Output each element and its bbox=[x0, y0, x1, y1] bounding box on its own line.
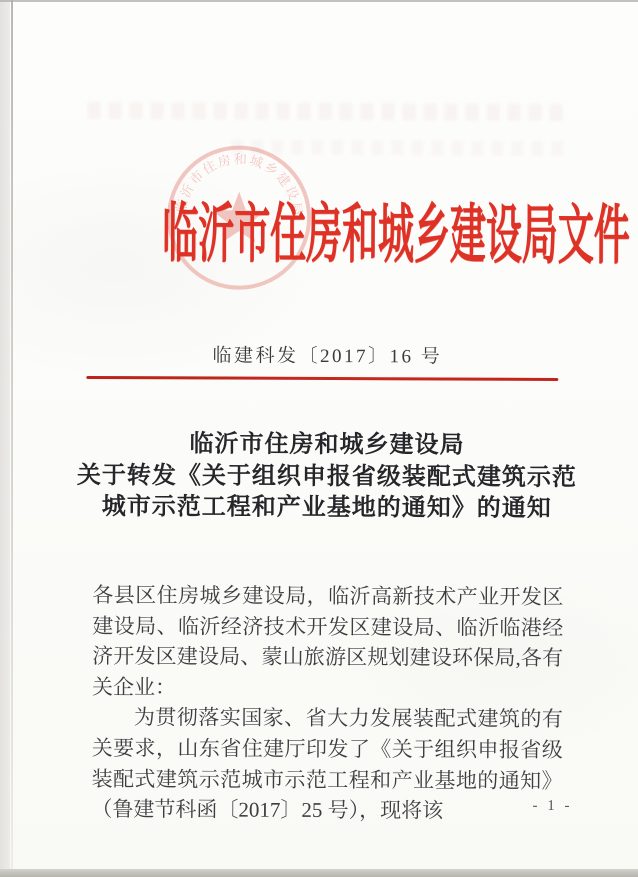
scan-edge-left bbox=[0, 0, 10, 877]
document-reference-number: 临建科发〔2017〕16 号 bbox=[18, 340, 636, 370]
body-paragraph: 为贯彻落实国家、省大力发展装配式建筑的有关要求，山东省住建厅印发了《关于组织申报… bbox=[91, 702, 563, 826]
letterhead-title-text: 临沂市住房和城乡建设局文件 bbox=[162, 191, 630, 280]
scanned-document-page: 临沂市住房和城乡建设局 临沂市住房和城乡建设局文件 临建科发〔2017〕16 号… bbox=[0, 0, 638, 877]
document-content: 临沂市住房和城乡建设局 临沂市住房和城乡建设局文件 临建科发〔2017〕16 号… bbox=[16, 0, 638, 877]
document-title-line-2: 关于转发《关于组织申报省级装配式建筑示范 bbox=[18, 460, 636, 494]
document-title-line-3: 城市示范工程和产业基地的通知》的通知 bbox=[18, 492, 636, 526]
document-title: 临沂市住房和城乡建设局 关于转发《关于组织申报省级装配式建筑示范 城市示范工程和… bbox=[18, 429, 636, 526]
document-body: 各县区住房城乡建设局，临沂高新技术产业开发区建设局、临沂经济技术开发区建设局、临… bbox=[91, 580, 563, 827]
document-title-line-1: 临沂市住房和城乡建设局 bbox=[18, 429, 636, 463]
page-number: - 1 - bbox=[532, 798, 572, 815]
red-separator-line bbox=[86, 376, 558, 381]
recipients-paragraph: 各县区住房城乡建设局，临沂高新技术产业开发区建设局、临沂经济技术开发区建设局、临… bbox=[92, 580, 564, 704]
ink-bleed-through-line-1 bbox=[87, 102, 569, 121]
scan-edge-left-line bbox=[11, 0, 13, 877]
red-letterhead: 临沂市住房和城乡建设局文件 bbox=[19, 195, 637, 276]
